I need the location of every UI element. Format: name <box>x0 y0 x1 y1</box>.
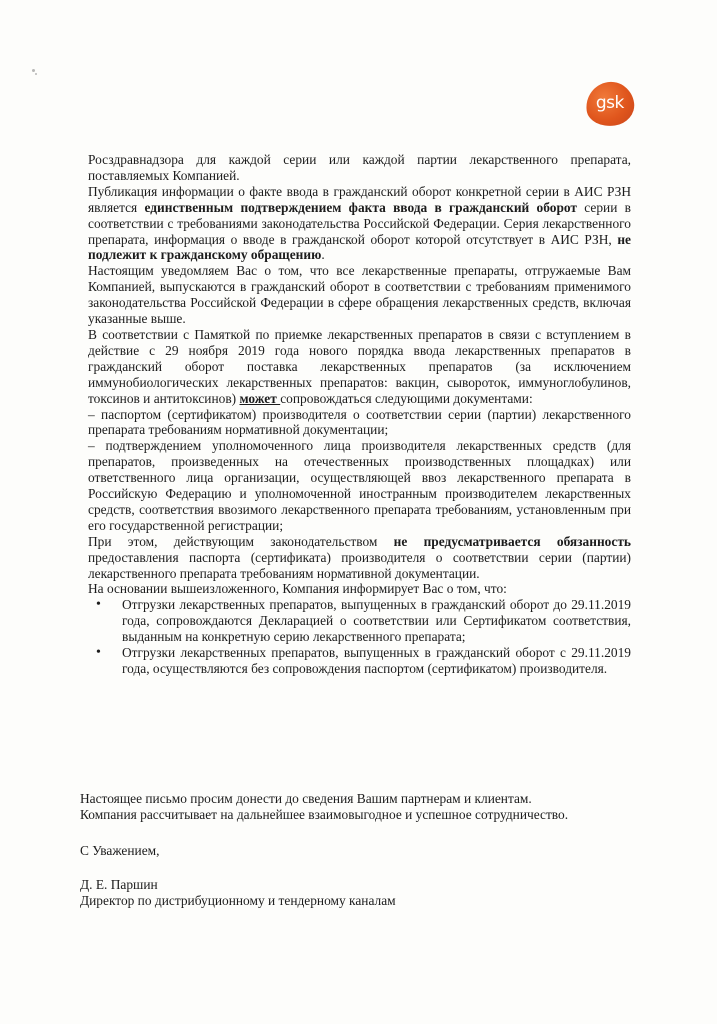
bullet-list: Отгрузки лекарственных препаратов, выпущ… <box>88 597 631 677</box>
logo-text: gsk <box>596 93 624 113</box>
text-segment: При этом, действующим законодательством <box>88 534 394 549</box>
bold-segment: единственным подтверждением факта ввода … <box>145 200 578 215</box>
closing-line: Настоящее письмо просим донести до сведе… <box>80 791 640 807</box>
text-segment: предоставления паспорта (сертификата) пр… <box>88 550 631 581</box>
signer-title: Директор по дистрибуционному и тендерном… <box>80 893 640 909</box>
scan-speck <box>35 73 37 75</box>
scan-speck <box>32 69 35 72</box>
dash-item-confirmation: – подтверждением уполномоченного лица пр… <box>88 438 631 533</box>
letter-closing: Настоящее письмо просим донести до сведе… <box>80 791 640 909</box>
bullet-item: Отгрузки лекарственных препаратов, выпущ… <box>118 597 631 645</box>
text-segment: сопровождаться следующими документами: <box>280 391 532 406</box>
letter-page: gsk Росздравнадзора для каждой серии или… <box>0 0 717 1024</box>
letter-body: Росздравнадзора для каждой серии или каж… <box>88 152 631 677</box>
underlined-segment: может <box>239 391 280 406</box>
paragraph-law: При этом, действующим законодательством … <box>88 534 631 582</box>
text-segment: . <box>321 247 324 262</box>
closing-line: Компания рассчитывает на дальнейшее взаи… <box>80 807 640 823</box>
paragraph-publication: Публикация информации о факте ввода в гр… <box>88 184 631 264</box>
dash-item-passport: – паспортом (сертификатом) производителя… <box>88 407 631 439</box>
paragraph-conclusion: На основании вышеизложенного, Компания и… <box>88 581 631 597</box>
bold-segment: не предусматривается обязанность <box>394 534 631 549</box>
signer-name: Д. Е. Паршин <box>80 877 640 893</box>
paragraph-intro: Росздравнадзора для каждой серии или каж… <box>88 152 631 184</box>
paragraph-notification: Настоящим уведомляем Вас о том, что все … <box>88 263 631 327</box>
salutation: С Уважением, <box>80 843 640 859</box>
bullet-item: Отгрузки лекарственных препаратов, выпущ… <box>118 645 631 677</box>
gsk-logo: gsk <box>583 79 637 129</box>
paragraph-memo: В соответствии с Памяткой по приемке лек… <box>88 327 631 407</box>
